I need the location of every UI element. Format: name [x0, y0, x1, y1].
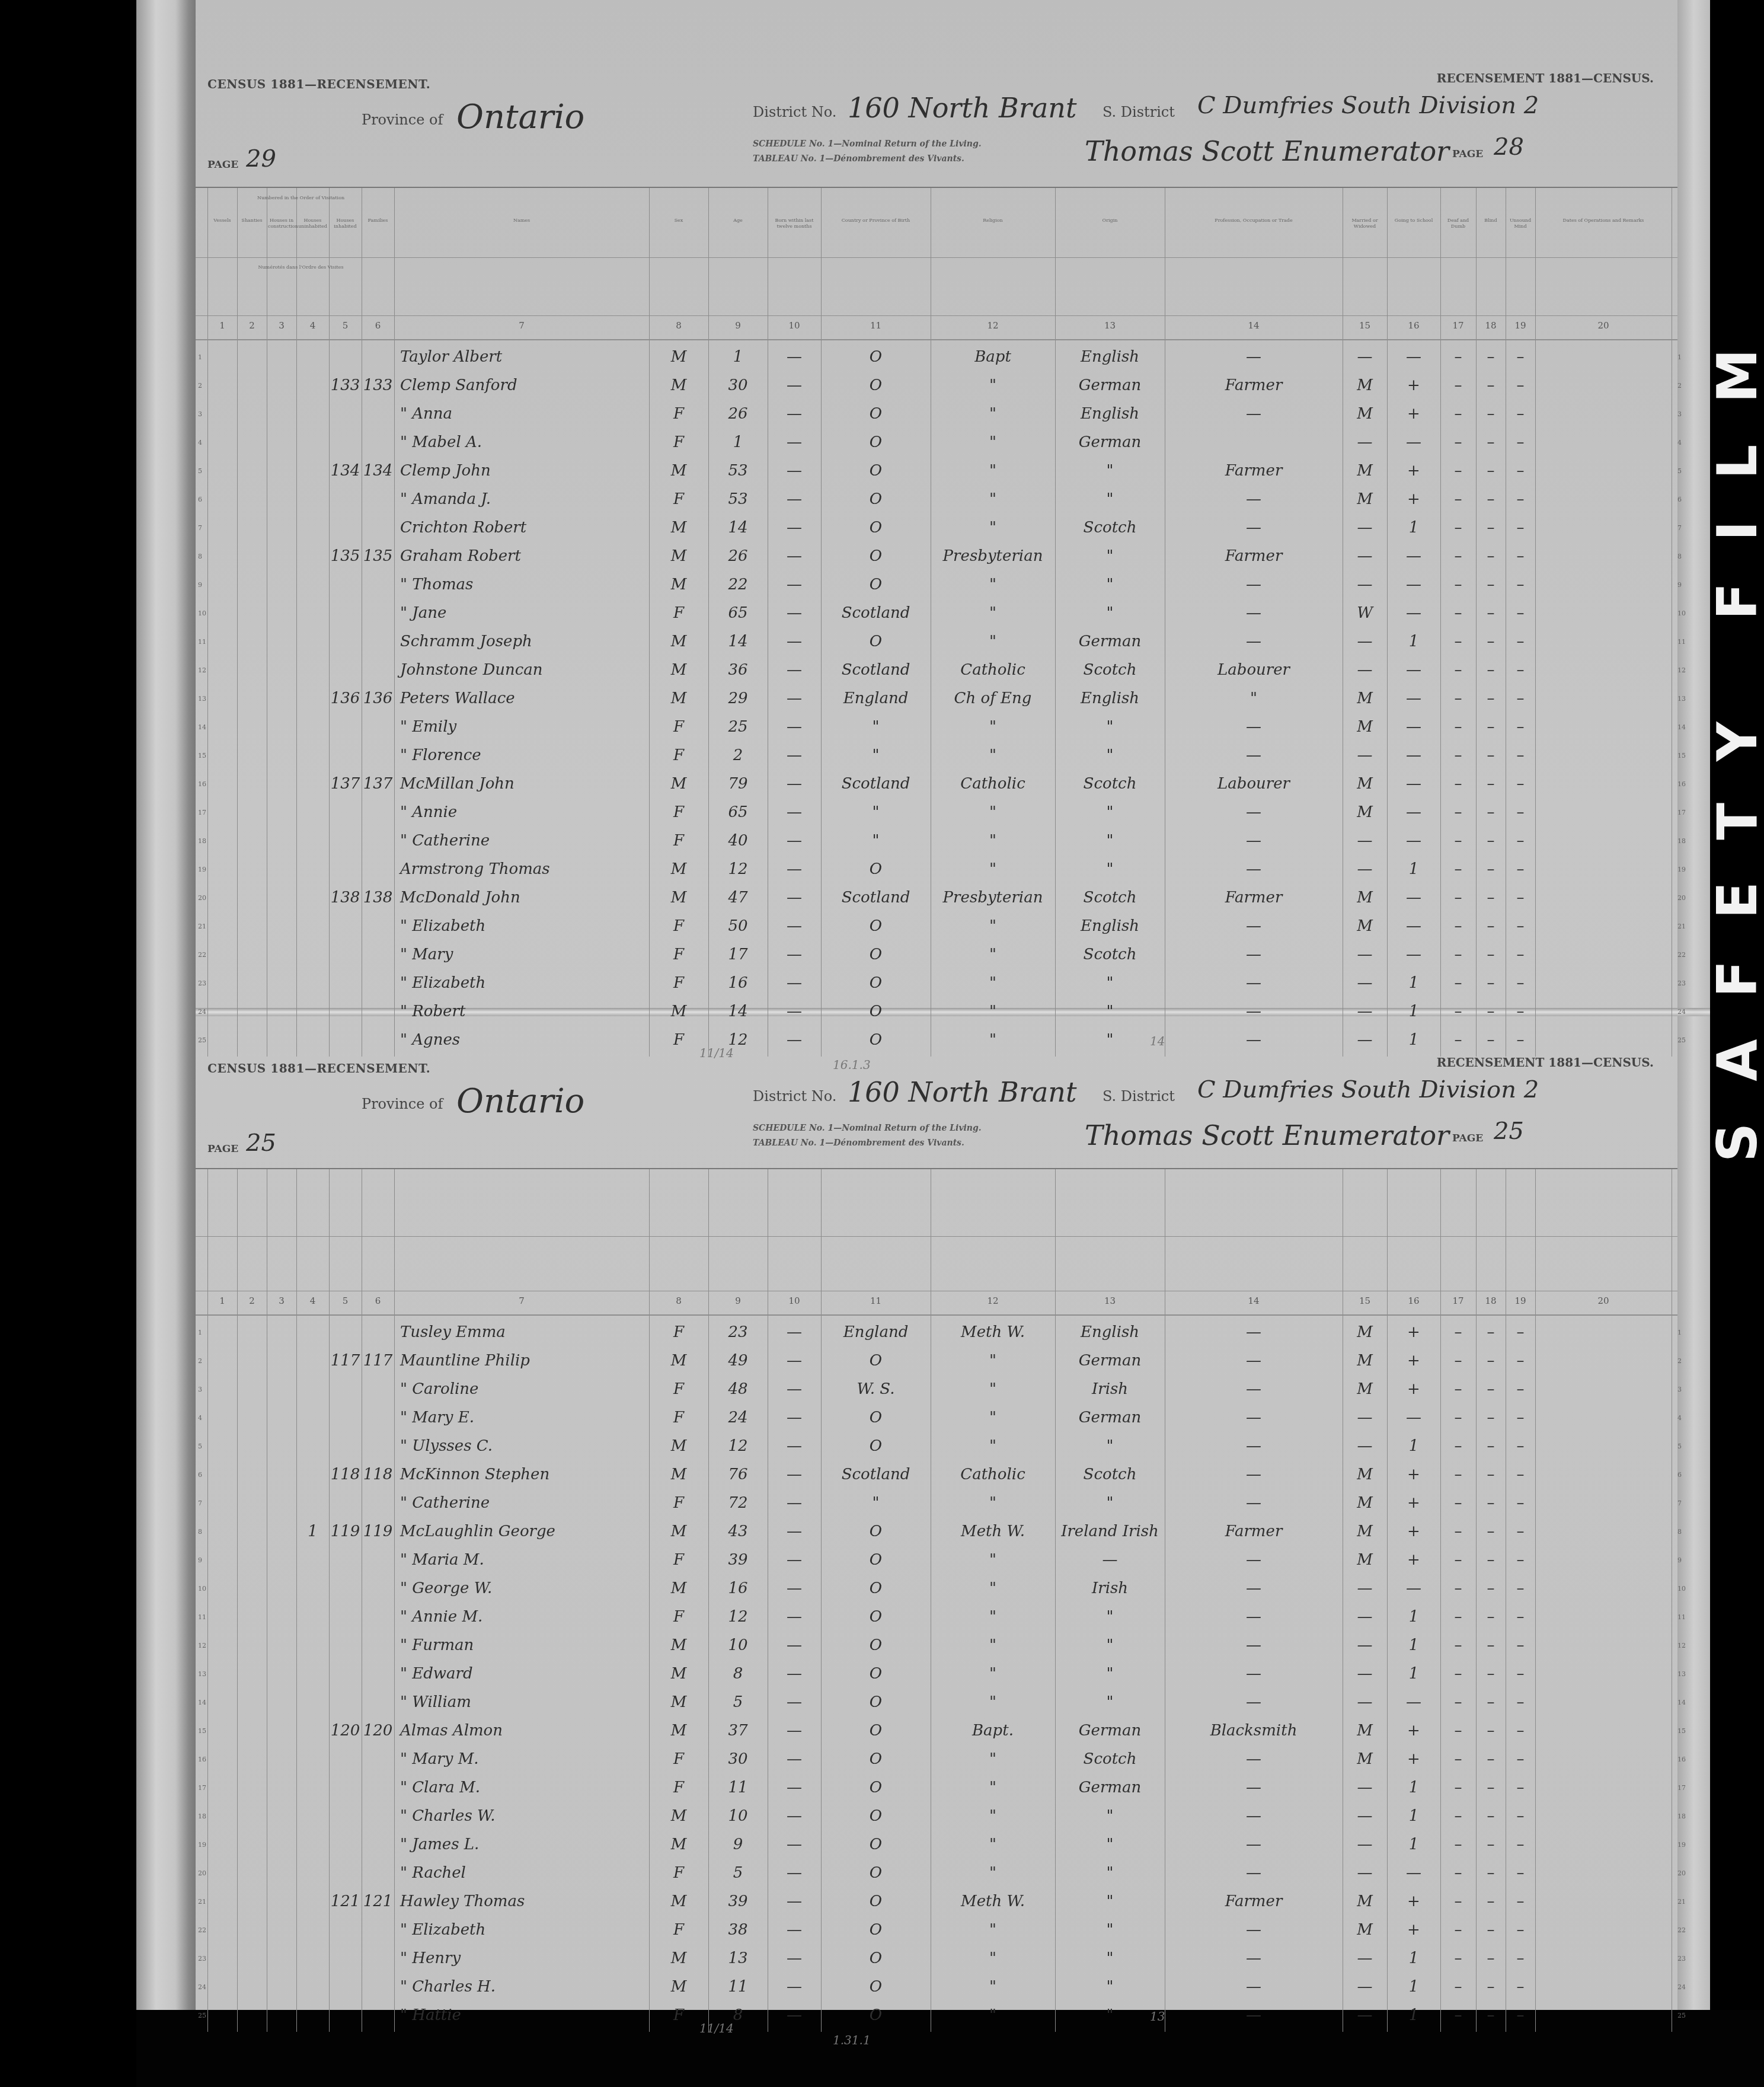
column-number: 5 [329, 1295, 362, 1306]
cell-blind: – [1476, 912, 1506, 940]
cell-birthplace: O [821, 940, 931, 969]
cell-blind: – [1476, 485, 1506, 513]
district-value: 160 North Brant [848, 92, 1076, 124]
cell-occupation: — [1165, 1859, 1343, 1887]
cell-school: 1 [1387, 1944, 1440, 1973]
cell-name: Taylor Albert [400, 343, 649, 371]
cell-born-last-year: — [768, 1403, 821, 1432]
cell-houses [296, 1830, 329, 1859]
cell-school: 1 [1387, 1603, 1440, 1631]
cell-occupation: — [1165, 1375, 1343, 1403]
cell-religion: " [931, 1574, 1055, 1603]
cell-religion: " [931, 400, 1055, 428]
cell-religion: " [931, 1802, 1055, 1830]
cell-dwelling-no [329, 1916, 362, 1944]
cell-age: 76 [708, 1460, 768, 1489]
cell-origin: Irish [1055, 1574, 1165, 1603]
cell-birthplace: O [821, 1517, 931, 1546]
column-number: 15 [1343, 320, 1387, 331]
page-label-right: PAGE [1452, 148, 1483, 160]
cell-houses [296, 1887, 329, 1916]
cell-married: M [1343, 1375, 1387, 1403]
cell-blind: – [1476, 940, 1506, 969]
cell-born-last-year: — [768, 997, 821, 1026]
cell-sex: F [649, 713, 708, 741]
cell-blind: – [1476, 1916, 1506, 1944]
cell-dwelling-no: 133 [329, 371, 362, 400]
cell-age: 1 [708, 343, 768, 371]
cell-name: Clemp John [400, 457, 649, 485]
row-number-left: 12 [198, 666, 206, 674]
column-header-c8: Sex [650, 218, 707, 224]
cell-school: 1 [1387, 627, 1440, 656]
cell-religion: " [931, 798, 1055, 826]
cell-unsound: – [1506, 912, 1535, 940]
column-number: 19 [1506, 1295, 1535, 1306]
cell-dwelling-no [329, 1859, 362, 1887]
cell-dwelling-no: 120 [329, 1716, 362, 1745]
cell-married: — [1343, 1688, 1387, 1716]
cell-religion: Catholic [931, 770, 1055, 798]
cell-sex: M [649, 1517, 708, 1546]
cell-married: — [1343, 1973, 1387, 2001]
cell-origin: " [1055, 713, 1165, 741]
cell-origin: " [1055, 969, 1165, 997]
cell-birthplace: Scotland [821, 599, 931, 627]
cell-religion: Meth W. [931, 1887, 1055, 1916]
cell-born-last-year: — [768, 1773, 821, 1802]
cell-unsound: – [1506, 1460, 1535, 1489]
cell-religion: " [931, 371, 1055, 400]
cell-born-last-year: — [768, 513, 821, 542]
cell-school: — [1387, 656, 1440, 684]
row-number-right: 15 [1677, 1727, 1686, 1735]
cell-birthplace: " [821, 1489, 931, 1517]
column-number: 1 [207, 320, 237, 331]
cell-deaf: – [1440, 542, 1476, 570]
row-number-left: 17 [198, 1784, 206, 1792]
cell-school: 1 [1387, 855, 1440, 883]
cell-family-no [362, 400, 394, 428]
cell-born-last-year: — [768, 912, 821, 940]
subdistrict-value: C Dumfries South Division 2 [1197, 1076, 1539, 1103]
cell-blind: – [1476, 855, 1506, 883]
cell-sex: F [649, 969, 708, 997]
row-number-left: 18 [198, 1812, 206, 1820]
cell-birthplace: O [821, 1887, 931, 1916]
cell-dwelling-no: 136 [329, 684, 362, 713]
column-header-c4: Houses uninhabited [298, 218, 328, 229]
census-title-left: CENSUS 1881—RECENSEMENT. [207, 77, 430, 91]
cell-occupation: — [1165, 997, 1343, 1026]
cell-religion: " [931, 1830, 1055, 1859]
cell-sex: F [649, 1916, 708, 1944]
cell-dwelling-no [329, 1603, 362, 1631]
cell-age: 5 [708, 1859, 768, 1887]
cell-married: — [1343, 542, 1387, 570]
row-number-right: 21 [1677, 923, 1686, 930]
row-number-right: 2 [1677, 382, 1682, 390]
cell-deaf: – [1440, 656, 1476, 684]
cell-name: " Rachel [400, 1859, 649, 1887]
cell-birthplace: " [821, 713, 931, 741]
row-number-right: 22 [1677, 1926, 1686, 1934]
province-value: Ontario [456, 98, 584, 136]
cell-houses [296, 1432, 329, 1460]
torn-page-edge [136, 0, 202, 2016]
cell-married: M [1343, 1546, 1387, 1574]
age-tally: 11/14 [699, 2021, 734, 2035]
page-number-right: 28 [1494, 133, 1524, 161]
row-number-right: 6 [1677, 496, 1682, 503]
cell-married: — [1343, 2001, 1387, 2029]
cell-dwelling-no: 134 [329, 457, 362, 485]
cell-family-no [362, 1660, 394, 1688]
cell-occupation: — [1165, 1603, 1343, 1631]
cell-birthplace: O [821, 1432, 931, 1460]
cell-born-last-year: — [768, 1574, 821, 1603]
cell-unsound: – [1506, 371, 1535, 400]
cell-blind: – [1476, 1489, 1506, 1517]
cell-birthplace: O [821, 627, 931, 656]
cell-unsound: – [1506, 883, 1535, 912]
cell-school: — [1387, 542, 1440, 570]
cell-origin: " [1055, 1830, 1165, 1859]
row-number-right: 12 [1677, 1642, 1686, 1649]
cell-married: M [1343, 1318, 1387, 1346]
cell-name: " Elizabeth [400, 1916, 649, 1944]
row-number-left: 14 [198, 723, 206, 731]
cell-origin: English [1055, 684, 1165, 713]
cell-deaf: – [1440, 741, 1476, 770]
cell-school: + [1387, 1318, 1440, 1346]
cell-occupation: — [1165, 826, 1343, 855]
column-number: 9 [708, 320, 768, 331]
column-number: 3 [267, 1295, 296, 1306]
cell-married: — [1343, 855, 1387, 883]
cell-family-no [362, 826, 394, 855]
cell-dwelling-no [329, 1773, 362, 1802]
cell-origin: " [1055, 798, 1165, 826]
cell-age: 47 [708, 883, 768, 912]
cell-name: McKinnon Stephen [400, 1460, 649, 1489]
cell-blind: – [1476, 513, 1506, 542]
cell-born-last-year: — [768, 400, 821, 428]
cell-unsound: – [1506, 1546, 1535, 1574]
cell-occupation: — [1165, 912, 1343, 940]
row-number-left: 25 [198, 2012, 206, 2019]
cell-religion: Meth W. [931, 1517, 1055, 1546]
cell-occupation: — [1165, 741, 1343, 770]
cell-birthplace: O [821, 1944, 931, 1973]
row-number-left: 23 [198, 1955, 206, 1962]
cell-origin: " [1055, 1944, 1165, 1973]
cell-sex: F [649, 400, 708, 428]
cell-religion: " [931, 1859, 1055, 1887]
cell-origin: " [1055, 826, 1165, 855]
cell-family-no [362, 428, 394, 457]
cell-religion: Ch of Eng [931, 684, 1055, 713]
cell-age: 10 [708, 1631, 768, 1660]
film-border-left [0, 0, 136, 2087]
cell-sex: M [649, 542, 708, 570]
table-row: 4" Mabel A.F1—O"German——–––4 [196, 428, 1677, 457]
cell-deaf: – [1440, 1745, 1476, 1773]
cell-deaf: – [1440, 1773, 1476, 1802]
cell-dwelling-no [329, 627, 362, 656]
row-number-left: 21 [198, 923, 206, 930]
cell-family-no [362, 741, 394, 770]
column-number: 20 [1535, 320, 1672, 331]
cell-school: 1 [1387, 513, 1440, 542]
cell-age: 5 [708, 1688, 768, 1716]
cell-married: M [1343, 883, 1387, 912]
row-number-left: 2 [198, 382, 202, 390]
cell-origin: " [1055, 1432, 1165, 1460]
cell-dwelling-no [329, 741, 362, 770]
cell-dwelling-no [329, 1546, 362, 1574]
district-label: District No. [753, 1088, 836, 1105]
cell-occupation: — [1165, 1802, 1343, 1830]
cell-blind: – [1476, 1631, 1506, 1660]
column-number: 3 [267, 320, 296, 331]
column-header-c13: Origin [1056, 218, 1164, 224]
row-number-right: 23 [1677, 979, 1686, 987]
cell-origin: German [1055, 371, 1165, 400]
cell-name: " Furman [400, 1631, 649, 1660]
cell-religion: " [931, 826, 1055, 855]
cell-age: 26 [708, 542, 768, 570]
column-number: 9 [708, 1295, 768, 1306]
cell-occupation: Farmer [1165, 371, 1343, 400]
table-row: 22" MaryF17—O"Scotch———–––22 [196, 940, 1677, 969]
cell-birthplace: O [821, 1745, 931, 1773]
cell-age: 53 [708, 457, 768, 485]
cell-houses [296, 1460, 329, 1489]
cell-dwelling-no [329, 1660, 362, 1688]
cell-sex: F [649, 1546, 708, 1574]
cell-name: Clemp Sanford [400, 371, 649, 400]
cell-religion: " [931, 1546, 1055, 1574]
cell-dwelling-no [329, 1574, 362, 1603]
subdistrict-value: C Dumfries South Division 2 [1197, 92, 1539, 119]
row-number-left: 1 [198, 353, 202, 361]
cell-birthplace: O [821, 1574, 931, 1603]
table-row: 9" Maria M.F39—O"——M+–––9 [196, 1546, 1677, 1574]
cell-religion: " [931, 1432, 1055, 1460]
cell-family-no: 133 [362, 371, 394, 400]
cell-age: 26 [708, 400, 768, 428]
cell-houses [296, 1973, 329, 2001]
cell-birthplace: O [821, 1346, 931, 1375]
cell-name: " Annie [400, 798, 649, 826]
cell-school: 1 [1387, 2001, 1440, 2029]
cell-family-no [362, 1944, 394, 1973]
row-number-right: 2 [1677, 1357, 1682, 1365]
cell-occupation: — [1165, 940, 1343, 969]
cell-dwelling-no [329, 400, 362, 428]
cell-religion: Presbyterian [931, 542, 1055, 570]
cell-houses: 1 [296, 1517, 329, 1546]
cell-sex: F [649, 1745, 708, 1773]
cell-dwelling-no [329, 940, 362, 969]
group-header-fr: Numérotés dans l'Ordre des Visites [207, 264, 394, 270]
cell-sex: M [649, 1830, 708, 1859]
cell-unsound: – [1506, 1403, 1535, 1432]
row-number-right: 17 [1677, 809, 1686, 816]
cell-houses [296, 1546, 329, 1574]
cell-married: — [1343, 826, 1387, 855]
cell-sex: M [649, 1973, 708, 2001]
column-number: 12 [931, 1295, 1055, 1306]
cell-origin: " [1055, 1489, 1165, 1517]
column-number: 20 [1535, 1295, 1672, 1306]
cell-dwelling-no [329, 969, 362, 997]
cell-name: " Mary E. [400, 1403, 649, 1432]
cell-age: 14 [708, 513, 768, 542]
table-row: 24" Charles H.M11—O""——1–––24 [196, 1973, 1677, 2001]
row-number-left: 5 [198, 467, 202, 475]
cell-age: 36 [708, 656, 768, 684]
cell-occupation: — [1165, 570, 1343, 599]
cell-family-no [362, 912, 394, 940]
column-header-c14: Profession, Occupation or Trade [1166, 218, 1341, 224]
cell-houses [296, 1916, 329, 1944]
cell-married: — [1343, 1603, 1387, 1631]
cell-blind: – [1476, 343, 1506, 371]
cell-family-no [362, 713, 394, 741]
cell-deaf: – [1440, 1973, 1476, 2001]
cell-school: 1 [1387, 969, 1440, 997]
cell-unsound: – [1506, 1802, 1535, 1830]
cell-born-last-year: — [768, 542, 821, 570]
cell-married: — [1343, 1660, 1387, 1688]
district-label: District No. [753, 104, 836, 120]
cell-origin: " [1055, 1802, 1165, 1830]
table-row: 11" Annie M.F12—O""——1–––11 [196, 1603, 1677, 1631]
column-header-c15: Married or Widowed [1344, 218, 1386, 229]
cell-name: Hawley Thomas [400, 1887, 649, 1916]
cell-birthplace: O [821, 1773, 931, 1802]
cell-origin: German [1055, 627, 1165, 656]
column-number: 14 [1165, 320, 1343, 331]
column-header-c12: Religion [932, 218, 1054, 224]
table-row: 12" FurmanM10—O""——1–––12 [196, 1631, 1677, 1660]
cell-family-no [362, 1318, 394, 1346]
row-number-left: 8 [198, 553, 202, 560]
cell-unsound: – [1506, 713, 1535, 741]
row-number-left: 6 [198, 1471, 202, 1479]
cell-unsound: – [1506, 1745, 1535, 1773]
column-header-c5: Houses inhabited [330, 218, 360, 229]
cell-birthplace: O [821, 1546, 931, 1574]
cell-name: " Maria M. [400, 1546, 649, 1574]
cell-dwelling-no [329, 1745, 362, 1773]
table-row: 19" James L.M9—O""——1–––19 [196, 1830, 1677, 1859]
cell-born-last-year: — [768, 1716, 821, 1745]
cell-birthplace: " [821, 826, 931, 855]
cell-deaf: – [1440, 1688, 1476, 1716]
cell-dwelling-no [329, 1403, 362, 1432]
cell-blind: – [1476, 457, 1506, 485]
column-header-c19: Unsound Mind [1507, 218, 1534, 229]
cell-school: — [1387, 713, 1440, 741]
cell-married: — [1343, 940, 1387, 969]
cell-family-no: 117 [362, 1346, 394, 1375]
cell-deaf: – [1440, 1318, 1476, 1346]
cell-school: + [1387, 485, 1440, 513]
cell-birthplace: Scotland [821, 656, 931, 684]
table-row: 3" CarolineF48—W. S."Irish—M+–––3 [196, 1375, 1677, 1403]
cell-name: Tusley Emma [400, 1318, 649, 1346]
cell-married: M [1343, 1489, 1387, 1517]
census-title-right: RECENSEMENT 1881—CENSUS. [1437, 1055, 1654, 1070]
cell-family-no: 120 [362, 1716, 394, 1745]
cell-school: — [1387, 428, 1440, 457]
cell-born-last-year: — [768, 1916, 821, 1944]
cell-blind: – [1476, 1574, 1506, 1603]
cell-born-last-year: — [768, 940, 821, 969]
cell-blind: – [1476, 1973, 1506, 2001]
row-number-right: 3 [1677, 410, 1682, 418]
cell-birthplace: O [821, 2001, 931, 2029]
cell-deaf: – [1440, 684, 1476, 713]
cell-unsound: – [1506, 1973, 1535, 2001]
cell-unsound: – [1506, 1830, 1535, 1859]
cell-deaf: – [1440, 485, 1476, 513]
cell-religion: " [931, 997, 1055, 1026]
cell-blind: – [1476, 1773, 1506, 1802]
cell-born-last-year: — [768, 1432, 821, 1460]
cell-houses [296, 1603, 329, 1631]
cell-birthplace: W. S. [821, 1375, 931, 1403]
cell-origin: Scotch [1055, 940, 1165, 969]
table-row: 1Tusley EmmaF23—EnglandMeth W.English—M+… [196, 1318, 1677, 1346]
cell-family-no: 137 [362, 770, 394, 798]
cell-born-last-year: — [768, 855, 821, 883]
cell-origin: German [1055, 1773, 1165, 1802]
cell-sex: M [649, 684, 708, 713]
column-number: 2 [237, 1295, 267, 1306]
cell-name: " William [400, 1688, 649, 1716]
cell-born-last-year: — [768, 457, 821, 485]
row-number-right: 11 [1677, 1613, 1686, 1621]
cell-family-no: 135 [362, 542, 394, 570]
cell-married: M [1343, 371, 1387, 400]
cell-blind: – [1476, 1318, 1506, 1346]
row-number-right: 8 [1677, 1528, 1682, 1536]
cell-sex: M [649, 627, 708, 656]
census-table: Numbered in the Order of VisitationNumér… [196, 187, 1677, 1057]
cell-school: 1 [1387, 1773, 1440, 1802]
row-number-right: 18 [1677, 837, 1686, 845]
cell-origin: German [1055, 1403, 1165, 1432]
cell-family-no: 118 [362, 1460, 394, 1489]
cell-blind: – [1476, 1403, 1506, 1432]
row-number-left: 6 [198, 496, 202, 503]
cell-age: 65 [708, 599, 768, 627]
cell-dwelling-no [329, 656, 362, 684]
cell-born-last-year: — [768, 485, 821, 513]
page-label-left: PAGE [207, 159, 238, 171]
cell-born-last-year: — [768, 741, 821, 770]
table-row: 21" ElizabethF50—O"English—M—–––21 [196, 912, 1677, 940]
cell-dwelling-no: 137 [329, 770, 362, 798]
cell-unsound: – [1506, 513, 1535, 542]
cell-family-no [362, 1773, 394, 1802]
safety-film-label: SAFETY FILM [1714, 213, 1762, 1162]
cell-sex: F [649, 912, 708, 940]
